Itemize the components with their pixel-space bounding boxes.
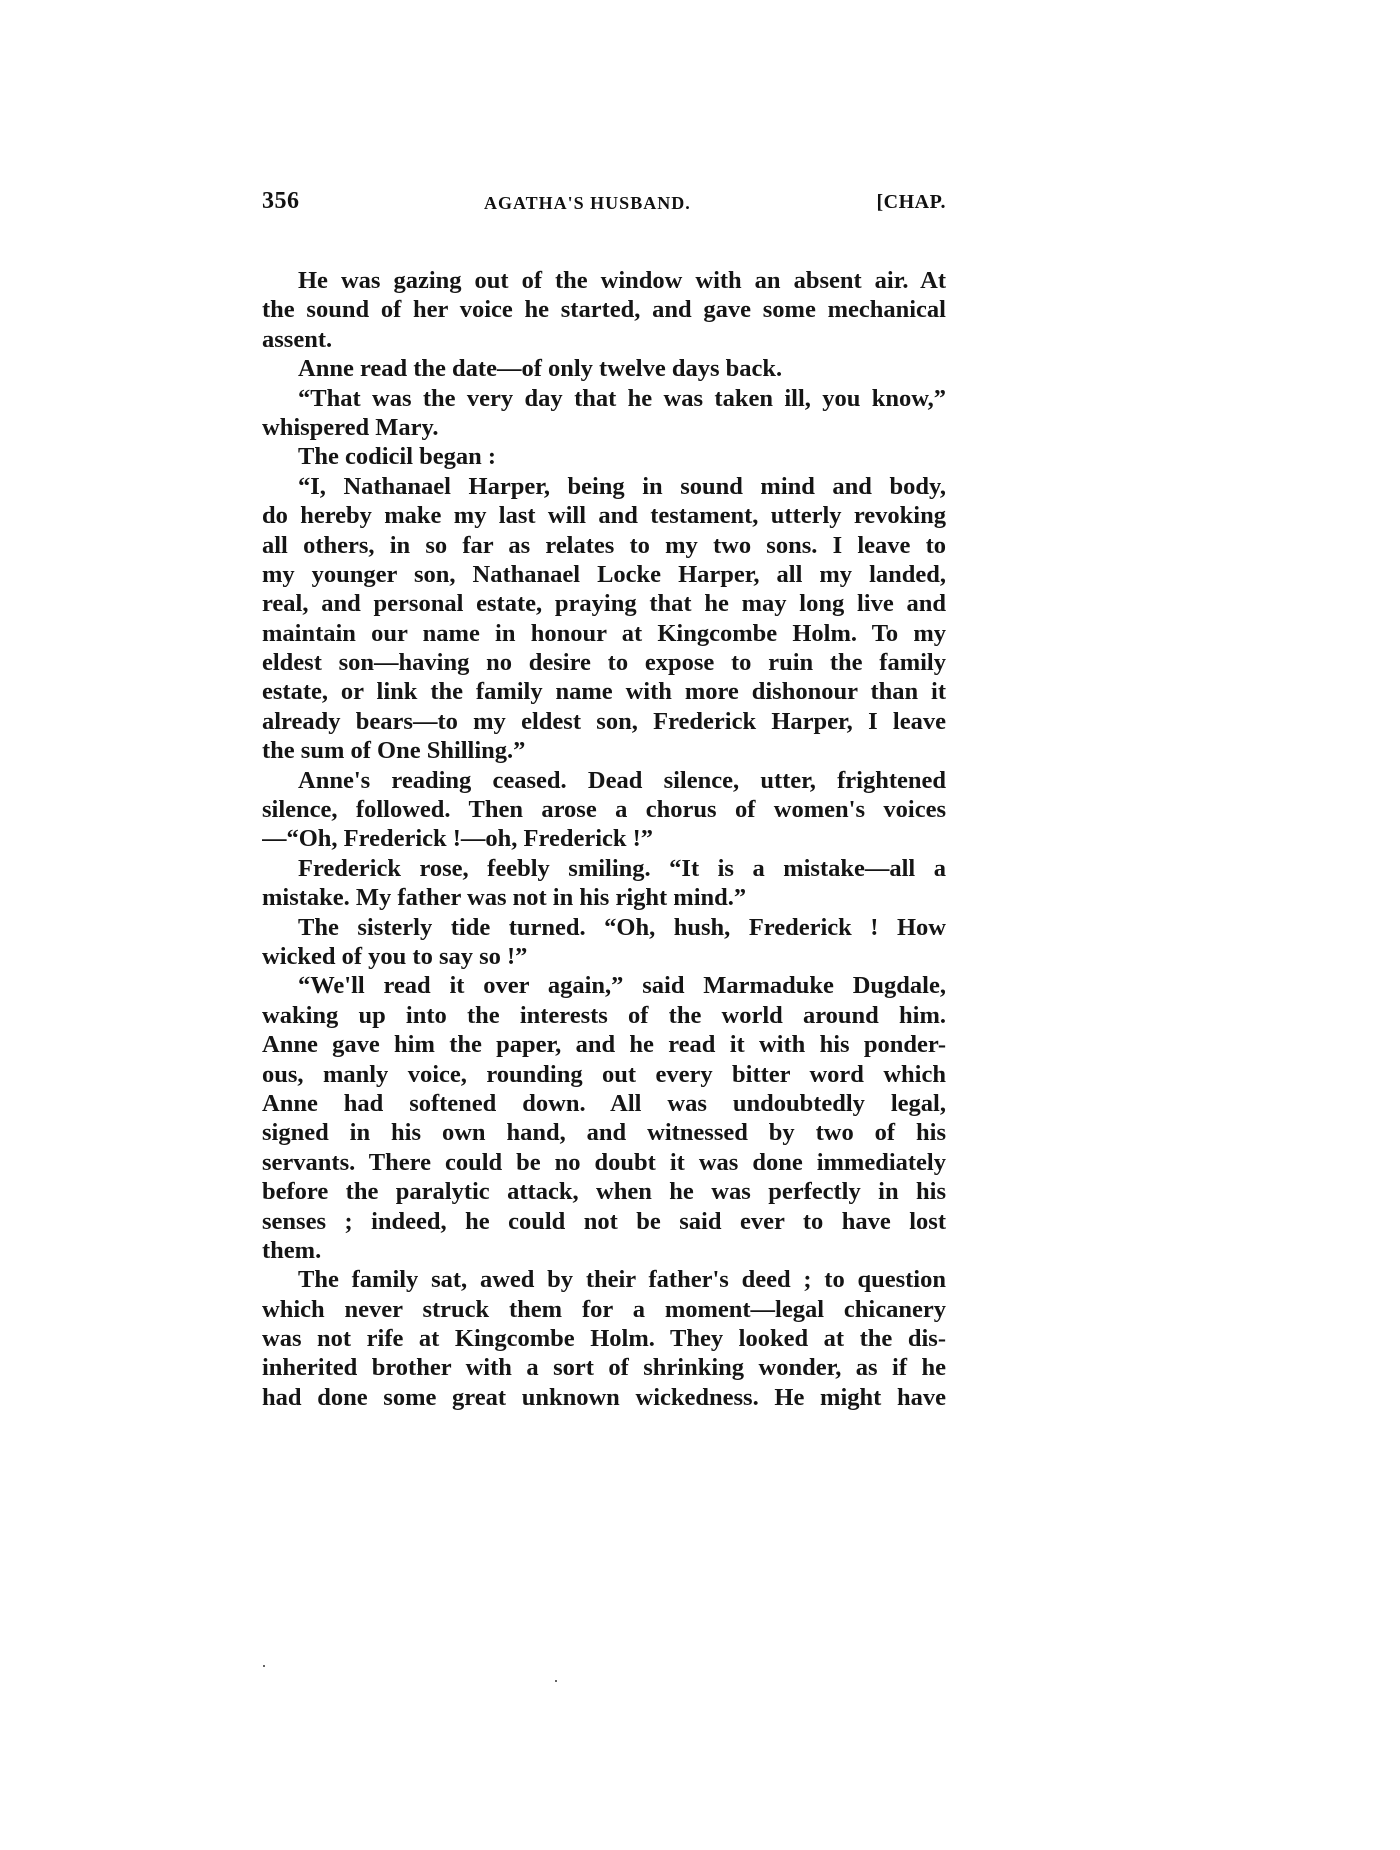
text-line: estate, or link the family name with mor… — [262, 677, 946, 706]
text-line: the sum of One Shilling.” — [262, 736, 946, 765]
text-line: Frederick rose, feebly smiling. “It is a… — [262, 854, 946, 883]
text-line: was not rife at Kingcombe Holm. They loo… — [262, 1324, 946, 1353]
text-line: do hereby make my last will and testamen… — [262, 501, 946, 530]
text-line: all others, in so far as relates to my t… — [262, 531, 946, 560]
text-line: mistake. My father was not in his right … — [262, 883, 946, 912]
text-line: my younger son, Nathanael Locke Harper, … — [262, 560, 946, 589]
running-title: AGATHA'S HUSBAND. — [484, 188, 691, 218]
text-line: the sound of her voice he started, and g… — [262, 295, 946, 324]
text-line: Anne gave him the paper, and he read it … — [262, 1030, 946, 1059]
text-line: Anne read the date—of only twelve days b… — [262, 354, 946, 383]
text-line: ous, manly voice, rounding out every bit… — [262, 1060, 946, 1089]
running-header: 356 AGATHA'S HUSBAND. [CHAP. — [262, 186, 946, 216]
text-line: The sisterly tide turned. “Oh, hush, Fre… — [262, 913, 946, 942]
text-line: before the paralytic attack, when he was… — [262, 1177, 946, 1206]
text-line: silence, followed. Then arose a chorus o… — [262, 795, 946, 824]
text-line: Anne had softened down. All was undoubte… — [262, 1089, 946, 1118]
text-line: He was gazing out of the window with an … — [262, 266, 946, 295]
text-line: The codicil began : — [262, 442, 946, 471]
text-line: Anne's reading ceased. Dead silence, utt… — [262, 766, 946, 795]
text-line: whispered Mary. — [262, 413, 946, 442]
text-line: The family sat, awed by their father's d… — [262, 1265, 946, 1294]
page-number: 356 — [262, 186, 300, 216]
text-line: real, and personal estate, praying that … — [262, 589, 946, 618]
text-line: senses ; indeed, he could not be said ev… — [262, 1207, 946, 1236]
text-line: “We'll read it over again,” said Marmadu… — [262, 971, 946, 1000]
text-line: wicked of you to say so !” — [262, 942, 946, 971]
text-line: servants. There could be no doubt it was… — [262, 1148, 946, 1177]
text-line: them. — [262, 1236, 946, 1265]
text-line: maintain our name in honour at Kingcombe… — [262, 619, 946, 648]
text-line: had done some great unknown wickedness. … — [262, 1383, 946, 1412]
text-line: inherited brother with a sort of shrinki… — [262, 1353, 946, 1382]
text-line: “I, Nathanael Harper, being in sound min… — [262, 472, 946, 501]
text-line: signed in his own hand, and witnessed by… — [262, 1118, 946, 1147]
scan-speck — [263, 1665, 265, 1667]
text-line: “That was the very day that he was taken… — [262, 384, 946, 413]
text-line: eldest son—having no desire to expose to… — [262, 648, 946, 677]
body-text: He was gazing out of the window with an … — [262, 266, 946, 1412]
text-line: which never struck them for a moment—leg… — [262, 1295, 946, 1324]
text-line: assent. — [262, 325, 946, 354]
text-line: already bears—to my eldest son, Frederic… — [262, 707, 946, 736]
scan-speck — [555, 1680, 557, 1682]
text-line: waking up into the interests of the worl… — [262, 1001, 946, 1030]
text-line: —“Oh, Frederick !—oh, Frederick !” — [262, 824, 946, 853]
chapter-mark: [CHAP. — [877, 187, 946, 217]
book-page: 356 AGATHA'S HUSBAND. [CHAP. He was gazi… — [0, 0, 1400, 1850]
